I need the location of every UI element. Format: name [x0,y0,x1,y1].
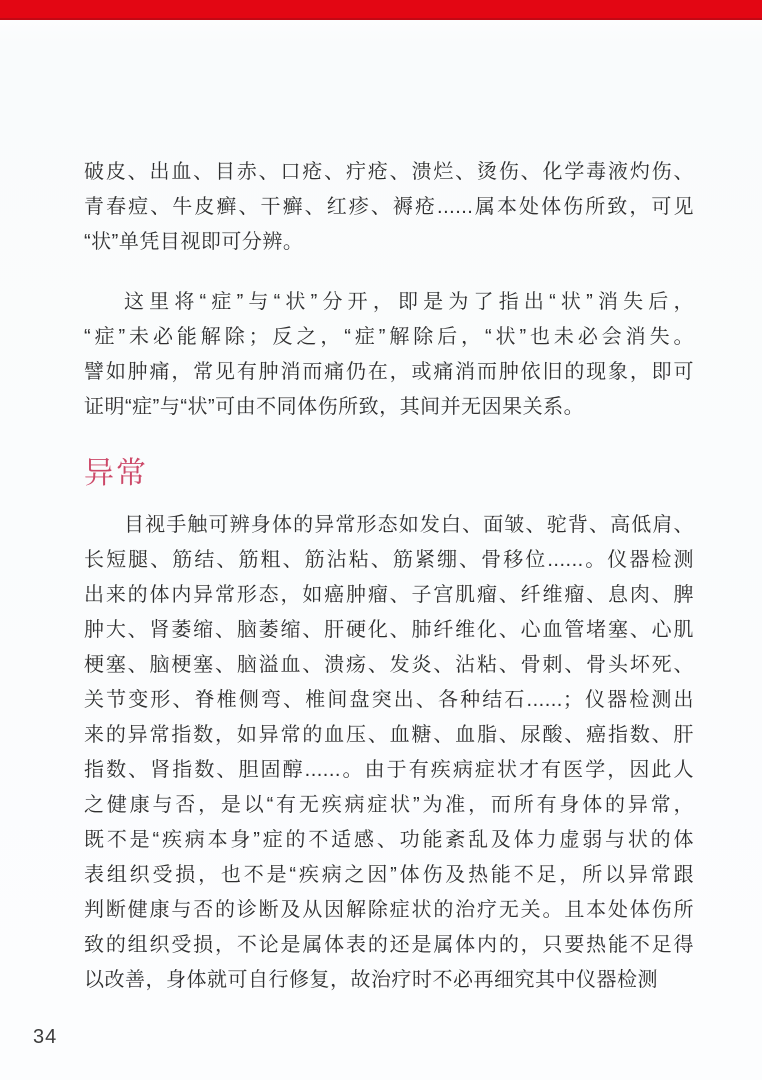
text-line: 譬如肿痛，常见有肿消而痛仍在，或痛消而肿依旧的现象，即可 [84,355,694,390]
text-line: 这里将“症”与“状”分开，即是为了指出“状”消失后， [84,285,694,320]
text-line: 出来的体内异常形态，如癌肿瘤、子宫肌瘤、纤维瘤、息肉、脾 [84,578,694,613]
page-number: 34 [33,1026,57,1049]
text-line: 表组织受损，也不是“疾病之因”体伤及热能不足，所以异常跟 [84,858,694,893]
text-line: 之健康与否，是以“有无疾病症状”为准，而所有身体的异常， [84,788,694,823]
text-line: 破皮、出血、目赤、口疮、疔疮、溃烂、烫伤、化学毒液灼伤、 [84,155,694,190]
text-line: “症”未必能解除；反之，“症”解除后，“状”也未必会消失。 [84,320,694,355]
text-line: 判断健康与否的诊断及从因解除症状的治疗无关。且本处体伤所 [84,893,694,928]
text-line: 关节变形、脊椎侧弯、椎间盘突出、各种结石......；仪器检测出 [84,683,694,718]
text-line: “状”单凭目视即可分辨。 [84,225,694,260]
text-line: 梗塞、脑梗塞、脑溢血、溃疡、发炎、沾粘、骨刺、骨头坏死、 [84,648,694,683]
paragraph-zheng-zhuang-distinction: 这里将“症”与“状”分开，即是为了指出“状”消失后，“症”未必能解除；反之，“症… [84,285,694,425]
top-accent-bar [0,0,762,20]
text-line: 长短腿、筋结、筋粗、筋沾粘、筋紧绷、骨移位......。仪器检测 [84,543,694,578]
text-line: 来的异常指数，如异常的血压、血糖、血脂、尿酸、癌指数、肝 [84,718,694,753]
text-line: 指数、肾指数、胆固醇......。由于有疾病症状才有医学，因此人 [84,753,694,788]
text-line: 目视手触可辨身体的异常形态如发白、面皱、驼背、高低肩、 [84,508,694,543]
book-page: 破皮、出血、目赤、口疮、疔疮、溃烂、烫伤、化学毒液灼伤、青春痘、牛皮癣、干癣、红… [0,0,762,1080]
text-line: 致的组织受损，不论是属体表的还是属体内的，只要热能不足得 [84,928,694,963]
text-line: 青春痘、牛皮癣、干癣、红疹、褥疮......属本处体伤所致，可见 [84,190,694,225]
text-line: 既不是“疾病本身”症的不适感、功能紊乱及体力虚弱与状的体 [84,823,694,858]
page-content: 破皮、出血、目赤、口疮、疔疮、溃烂、烫伤、化学毒液灼伤、青春痘、牛皮癣、干癣、红… [84,155,694,998]
text-line: 证明“症”与“状”可由不同体伤所致，其间并无因果关系。 [84,390,694,425]
text-line: 以改善，身体就可自行修复，故治疗时不必再细究其中仪器检测 [84,963,694,998]
paragraph-abnormality: 目视手触可辨身体的异常形态如发白、面皱、驼背、高低肩、长短腿、筋结、筋粗、筋沾粘… [84,508,694,998]
section-heading: 异常 [84,455,694,493]
paragraph-symptom-list: 破皮、出血、目赤、口疮、疔疮、溃烂、烫伤、化学毒液灼伤、青春痘、牛皮癣、干癣、红… [84,155,694,260]
text-line: 肿大、肾萎缩、脑萎缩、肝硬化、肺纤维化、心血管堵塞、心肌 [84,613,694,648]
